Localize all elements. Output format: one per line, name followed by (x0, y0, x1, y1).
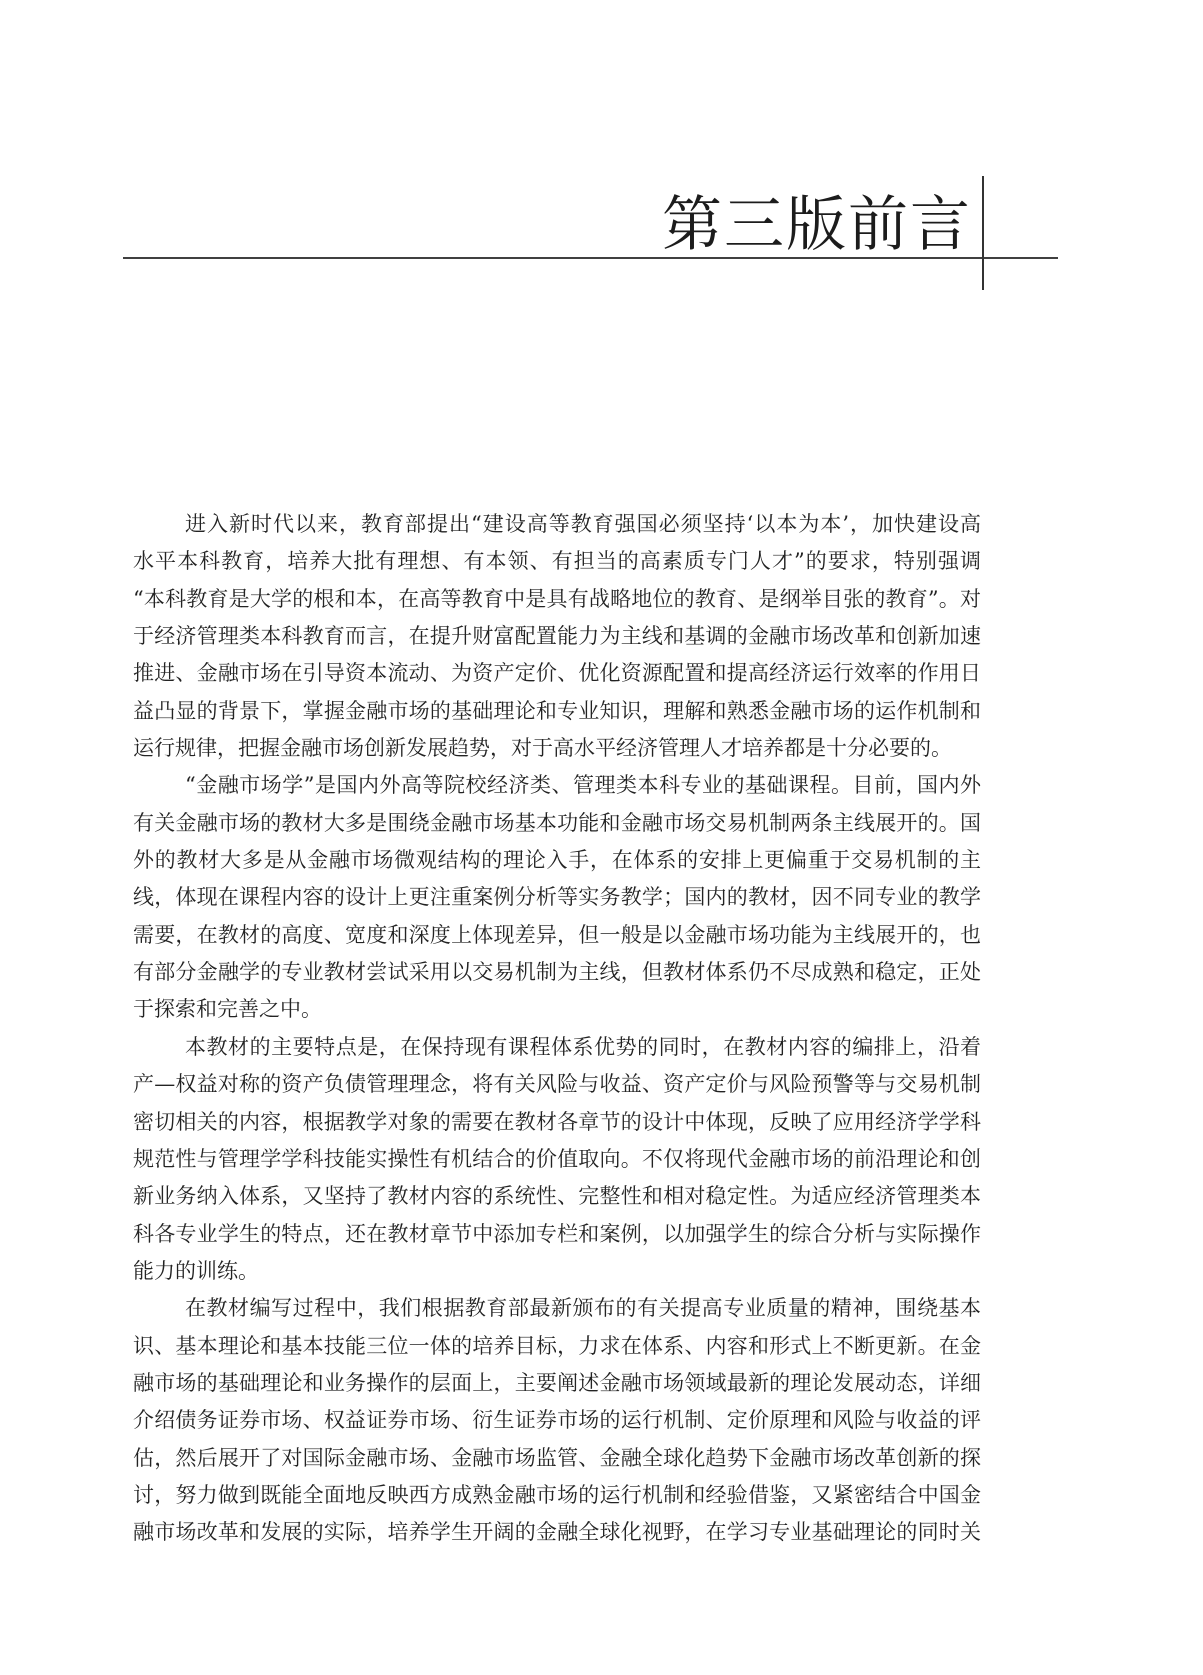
text-line: 需要，在教材的高度、宽度和深度上体现差异，但一般是以金融市场功能为主线展开的，也 (133, 917, 981, 954)
text-line: 规范性与管理学学科技能实操性有机结合的价值取向。不仅将现代金融市场的前沿理论和创 (133, 1141, 981, 1178)
text-line: 水平本科教育，培养大批有理想、有本领、有担当的高素质专门人才”的要求，特别强调 (133, 543, 981, 580)
text-line: 本教材的主要特点是，在保持现有课程体系优势的同时，在教材内容的编排上，沿着资 (133, 1029, 981, 1066)
text-line: 新业务纳入体系，又坚持了教材内容的系统性、完整性和相对稳定性。为适应经济管理类本 (133, 1178, 981, 1215)
text-line: 讨，努力做到既能全面地反映西方成熟金融市场的运行机制和经验借鉴，又紧密结合中国金 (133, 1477, 981, 1514)
title-side-rule (982, 176, 984, 290)
page-title: 第三版前言 (662, 192, 972, 258)
paragraph: “金融市场学”是国内外高等院校经济类、管理类本科专业的基础课程。目前，国内外 有… (133, 767, 981, 1028)
preface-body: 进入新时代以来，教育部提出“建设高等教育强国必须坚持‘以本为本’，加快建设高 水… (133, 506, 981, 1552)
text-line: 于探索和完善之中。 (133, 991, 981, 1028)
text-line: 密切相关的内容，根据教学对象的需要在教材各章节的设计中体现，反映了应用经济学学科 (133, 1104, 981, 1141)
text-line: 估，然后展开了对国际金融市场、金融市场监管、金融全球化趋势下金融市场改革创新的探 (133, 1440, 981, 1477)
text-line: 能力的训练。 (133, 1253, 981, 1290)
text-line: “金融市场学”是国内外高等院校经济类、管理类本科专业的基础课程。目前，国内外 (133, 767, 981, 804)
text-line: 科各专业学生的特点，还在教材章节中添加专栏和案例，以加强学生的综合分析与实际操作 (133, 1216, 981, 1253)
paragraph: 进入新时代以来，教育部提出“建设高等教育强国必须坚持‘以本为本’，加快建设高 水… (133, 506, 981, 767)
text-line: 外的教材大多是从金融市场微观结构的理论入手，在体系的安排上更偏重于交易机制的主 (133, 842, 981, 879)
text-line: 于经济管理类本科教育而言，在提升财富配置能力为主线和基调的金融市场改革和创新加速 (133, 618, 981, 655)
text-line: 运行规律，把握金融市场创新发展趋势，对于高水平经济管理人才培养都是十分必要的。 (133, 730, 981, 767)
paragraph: 在教材编写过程中，我们根据教育部最新颁布的有关提高专业质量的精神，围绕基本知 识… (133, 1290, 981, 1551)
text-line: 融市场的基础理论和业务操作的层面上，主要阐述金融市场领域最新的理论发展动态，详细 (133, 1365, 981, 1402)
text-line: 进入新时代以来，教育部提出“建设高等教育强国必须坚持‘以本为本’，加快建设高 (133, 506, 981, 543)
text-line: 有部分金融学的专业教材尝试采用以交易机制为主线，但教材体系仍不尽成熟和稳定，正处 (133, 954, 981, 991)
text-line: 识、基本理论和基本技能三位一体的培养目标，力求在体系、内容和形式上不断更新。在金 (133, 1328, 981, 1365)
text-line: 有关金融市场的教材大多是围绕金融市场基本功能和金融市场交易机制两条主线展开的。国 (133, 805, 981, 842)
title-underline-rule (123, 257, 1058, 259)
text-line: 在教材编写过程中，我们根据教育部最新颁布的有关提高专业质量的精神，围绕基本知 (133, 1290, 981, 1327)
text-line: 线，体现在课程内容的设计上更注重案例分析等实务教学；国内的教材，因不同专业的教学 (133, 879, 981, 916)
paragraph: 本教材的主要特点是，在保持现有课程体系优势的同时，在教材内容的编排上，沿着资 产… (133, 1029, 981, 1290)
text-line: 推进、金融市场在引导资本流动、为资产定价、优化资源配置和提高经济运行效率的作用日 (133, 655, 981, 692)
text-line: “本科教育是大学的根和本，在高等教育中是具有战略地位的教育、是纲举目张的教育”。… (133, 581, 981, 618)
text-line: 介绍债务证券市场、权益证券市场、衍生证券市场的运行机制、定价原理和风险与收益的评 (133, 1402, 981, 1439)
book-page: 第三版前言 进入新时代以来，教育部提出“建设高等教育强国必须坚持‘以本为本’，加… (0, 0, 1203, 1675)
text-line: 产—权益对称的资产负债管理理念，将有关风险与收益、资产定价与风险预警等与交易机制 (133, 1066, 981, 1103)
text-line: 融市场改革和发展的实际，培养学生开阔的金融全球化视野，在学习专业基础理论的同时关 (133, 1514, 981, 1551)
text-line: 益凸显的背景下，掌握金融市场的基础理论和专业知识，理解和熟悉金融市场的运作机制和 (133, 693, 981, 730)
